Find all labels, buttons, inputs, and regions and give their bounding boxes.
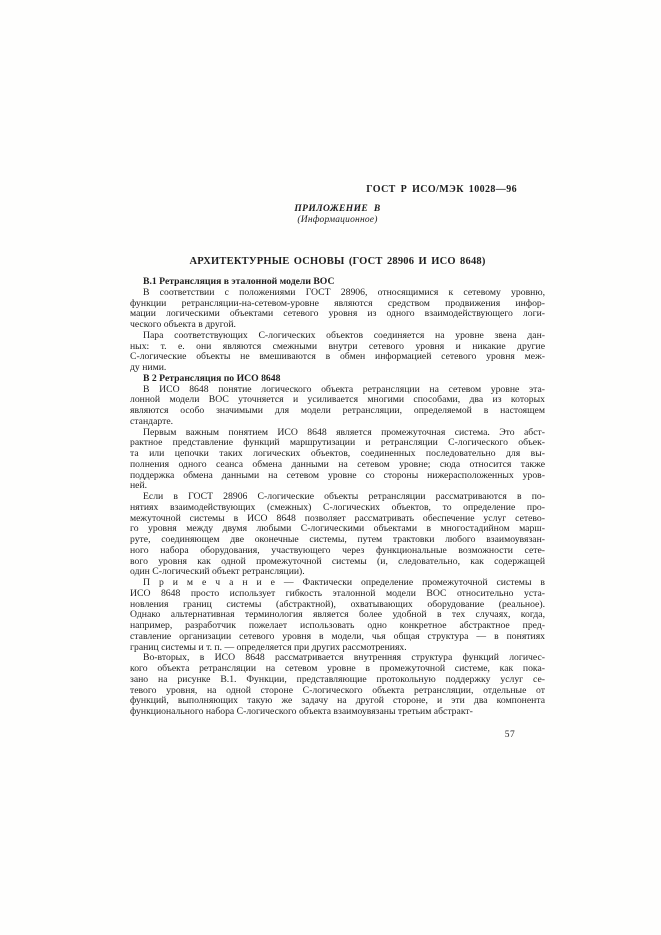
text-line: вого уровня как одной промежуточной сист…: [130, 557, 545, 568]
document-page: ГОСТ Р ИСО/МЭК 10028—96 ПРИЛОЖЕНИЕ В (Ин…: [0, 0, 661, 935]
text-line: В ИСО 8648 понятие логического объекта р…: [130, 385, 545, 396]
text-line: руте, соединяющем две оконечные системы,…: [130, 535, 545, 546]
text-line: та или цепочки таких логических объектов…: [130, 449, 545, 460]
text-line: Однако альтернативная терминология являе…: [130, 610, 545, 621]
text-line: функционального набора С-логического объ…: [130, 707, 545, 718]
page-number: 57: [498, 730, 522, 740]
text-line: стандарте.: [130, 417, 545, 428]
text-line: Пара соответствующих С-логических объект…: [130, 331, 545, 342]
text-line: например, разработчик пожелает использов…: [130, 621, 545, 632]
text-line: Во-вторых, в ИСО 8648 рассматривается вн…: [130, 653, 545, 664]
text-line: являются особо значимыми для модели ретр…: [130, 406, 545, 417]
text-line: границ системы и т. п. — определяется пр…: [130, 643, 545, 654]
section-heading: В 2 Ретрансляция по ИСО 8648: [130, 374, 545, 385]
text-line: нятиях взаимодействующих (смежных) С-лог…: [130, 503, 545, 514]
text-line: П р и м е ч а н и е — Фактически определ…: [130, 578, 545, 589]
text-line: поддержка обмена данными на сетевом уров…: [130, 471, 545, 482]
text-line: ного набора оборудования, участвующего ч…: [130, 546, 545, 557]
text-line: ставление организации сетевого уровня в …: [130, 632, 545, 643]
text-line: мации логическими объектами сетевого уро…: [130, 309, 545, 320]
text-line: функции ретрансляции-на-сетевом-уровне я…: [130, 299, 545, 310]
text-line: кого объекта ретрансляции на сетевом уро…: [130, 664, 545, 675]
text-line: Если в ГОСТ 28906 С-логические объекты р…: [130, 492, 545, 503]
text-line: го уровня между двумя любыми С-логически…: [130, 524, 545, 535]
text-line: ных: т. е. они являются смежными внутри …: [130, 342, 545, 353]
document-body: В.1 Ретрансляция в эталонной модели ВОСВ…: [130, 277, 545, 718]
text-line: В соответствии с положениями ГОСТ 28906,…: [130, 288, 545, 299]
text-line: ческого объекта в другой.: [130, 320, 545, 331]
text-line: новления границ системы (абстрактной), о…: [130, 600, 545, 611]
text-line: лонной модели ВОС уточняется и усиливает…: [130, 395, 545, 406]
text-line: тевого уровня, на одной стороне С-логиче…: [130, 686, 545, 697]
section-heading: В.1 Ретрансляция в эталонной модели ВОС: [130, 277, 545, 288]
text-line: С-логические объекты не вмешиваются в об…: [130, 352, 545, 363]
standard-designation: ГОСТ Р ИСО/МЭК 10028—96: [130, 184, 517, 195]
text-line: межуточной системы в ИСО 8648 позволяет …: [130, 514, 545, 525]
appendix-label: ПРИЛОЖЕНИЕ В: [130, 204, 545, 214]
text-line: ду ними.: [130, 363, 545, 374]
text-line: ИСО 8648 просто использует гибкость этал…: [130, 589, 545, 600]
text-line: зано на рисунке В.1. Функции, представля…: [130, 675, 545, 686]
text-line: полнения одного сеанса обмена данными на…: [130, 460, 545, 471]
text-line: рактное представление функций маршрутиза…: [130, 438, 545, 449]
appendix-informative-note: (Информационное): [130, 215, 545, 225]
text-line: ней.: [130, 481, 545, 492]
text-line: один С-логический объект ретрансляции).: [130, 567, 545, 578]
appendix-title: АРХИТЕКТУРНЫЕ ОСНОВЫ (ГОСТ 28906 И ИСО 8…: [130, 256, 545, 267]
text-line: функций, выполняющих такую же задачу на …: [130, 696, 545, 707]
text-line: Первым важным понятием ИСО 8648 является…: [130, 428, 545, 439]
